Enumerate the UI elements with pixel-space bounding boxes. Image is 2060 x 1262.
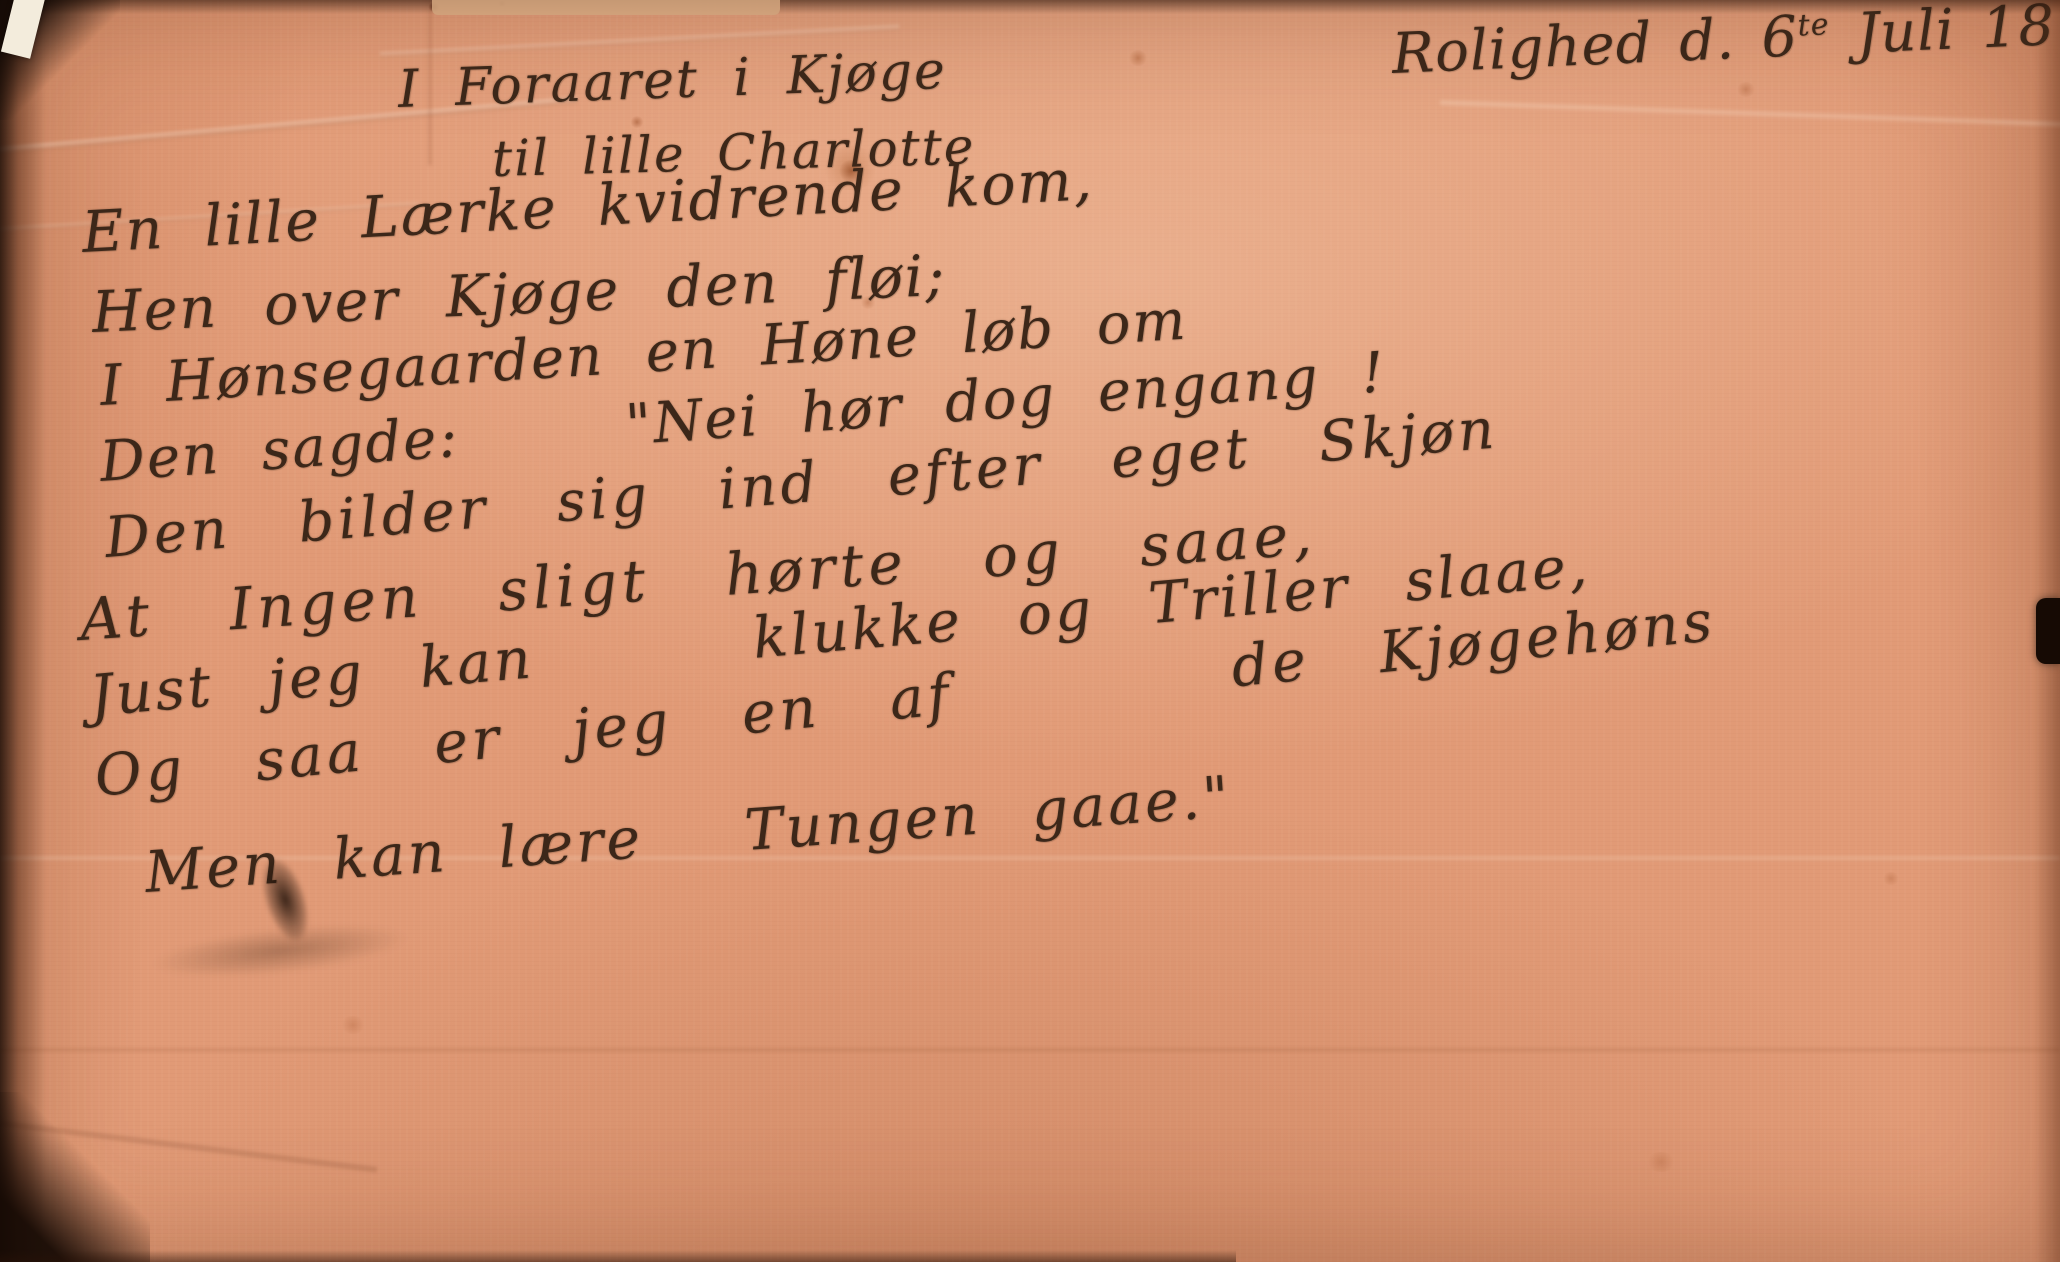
- background-strip-top: [432, 0, 780, 15]
- letter-photograph: Rolighed d. 6te Juli 1875 I Foraaret i K…: [0, 0, 2060, 1262]
- stain: [1736, 82, 1756, 97]
- crease: [0, 1048, 2060, 1052]
- photo-edge-top: [0, 0, 2060, 14]
- stain: [1128, 50, 1148, 66]
- dark-notch-right-edge: [2036, 598, 2060, 664]
- photo-edge-left: [0, 0, 46, 1262]
- photo-edge-bottom: [0, 1250, 1236, 1262]
- stain: [1646, 1152, 1676, 1172]
- dark-corner-bottom-left: [0, 1092, 150, 1262]
- stain: [1882, 872, 1900, 885]
- stain: [340, 1016, 366, 1034]
